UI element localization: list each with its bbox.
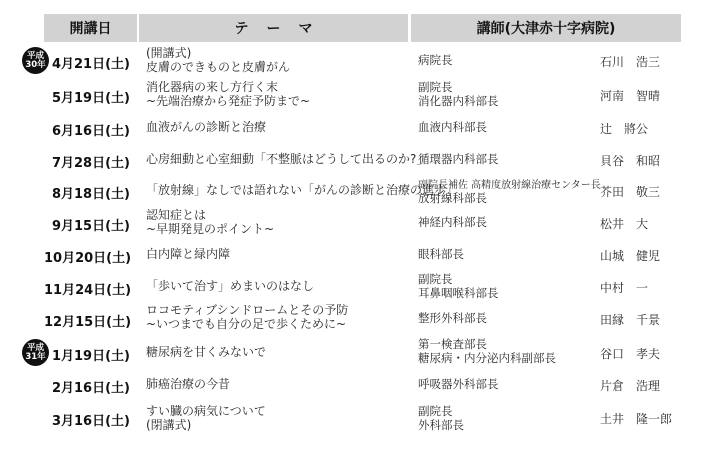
lecturer-name: 松井 大 <box>600 215 648 232</box>
column-header-lecturer: 講師(大津赤十字病院) <box>411 14 681 42</box>
lecturer-name: 片倉 浩理 <box>600 377 660 394</box>
lecturer-name: 芥田 敬三 <box>600 183 660 200</box>
lecturer-role: 眼科部長 <box>418 247 464 261</box>
lecturer-name: 貝谷 和昭 <box>600 152 660 169</box>
lecture-theme: 肺癌治療の今昔 <box>146 377 230 391</box>
lecturer-role: 副院長耳鼻咽喉科部長 <box>418 272 499 300</box>
lecturer-name: 谷口 孝夫 <box>600 345 660 362</box>
lecturer-role: 循環器内科部長 <box>418 152 499 166</box>
lecture-theme: 認知症とは~早期発見のポイント~ <box>146 208 274 236</box>
lecturer-name: 河南 智晴 <box>600 87 660 104</box>
lecture-theme: すい臓の病気について(閉講式) <box>146 404 266 432</box>
column-header-theme: テーマ <box>139 14 408 42</box>
lecturer-name: 石川 浩三 <box>600 53 660 70</box>
lecture-date: 8月18日(土) <box>44 183 130 202</box>
lecture-theme: (開講式)皮膚のできものと皮膚がん <box>146 46 290 74</box>
lecturer-name: 山城 健児 <box>600 247 660 264</box>
lecture-date: 7月28日(土) <box>44 152 130 171</box>
lecturer-role: 血液内科部長 <box>418 120 487 134</box>
lecture-date: 5月19日(土) <box>44 87 130 106</box>
lecture-date: 9月15日(土) <box>44 215 130 234</box>
lecture-date: 3月16日(土) <box>44 410 130 429</box>
lecturer-role: 呼吸器外科部長 <box>418 377 499 391</box>
lecture-theme: 白内障と緑内障 <box>146 247 230 261</box>
lecturer-name: 田縁 千景 <box>600 311 660 328</box>
lecturer-role: 第一検査部長糖尿病・内分泌内科副部長 <box>418 337 556 365</box>
lecturer-role: 副院長消化器内科部長 <box>418 80 499 108</box>
lecture-date: 2月16日(土) <box>44 377 130 396</box>
lecture-date: 4月21日(土) <box>44 53 130 72</box>
lecturer-name: 辻 將公 <box>600 120 648 137</box>
lecture-theme: 糖尿病を甘くみないで <box>146 345 266 359</box>
lecturer-role: 病院長 <box>418 53 453 67</box>
lecturer-role: 整形外科部長 <box>418 311 487 325</box>
lecture-date: 11月24日(土) <box>44 279 130 298</box>
lecturer-role: 神経内科部長 <box>418 215 487 229</box>
column-header-date: 開講日 <box>44 14 137 42</box>
lecture-theme: 血液がんの診断と治療 <box>146 120 266 134</box>
lecture-date: 1月19日(土) <box>44 345 130 364</box>
lecture-date: 6月16日(土) <box>44 120 130 139</box>
lecture-theme: ロコモティブシンドロームとその予防~いつまでも自分の足で歩くために~ <box>146 303 348 331</box>
lecture-theme: 心房細動と心室細動「不整脈はどうして出るのか?」 <box>146 152 428 166</box>
lecture-theme: 「放射線」なしでは語れない「がんの診断と治療の進歩」 <box>146 183 458 197</box>
lecture-date: 12月15日(土) <box>44 311 130 330</box>
lecturer-name: 土井 隆一郎 <box>600 410 672 427</box>
lecture-theme: 消化器病の来し方行く末~先端治療から発症予防まで~ <box>146 80 310 108</box>
lecturer-role: 副院長外科部長 <box>418 404 464 432</box>
lecturer-name: 中村 一 <box>600 279 648 296</box>
lecture-theme: 「歩いて治す」めまいのはなし <box>146 279 314 293</box>
lecture-date: 10月20日(土) <box>44 247 130 266</box>
lecturer-role: 副院長補佐 高精度放射線治療センター長放射線科部長 <box>418 179 601 206</box>
